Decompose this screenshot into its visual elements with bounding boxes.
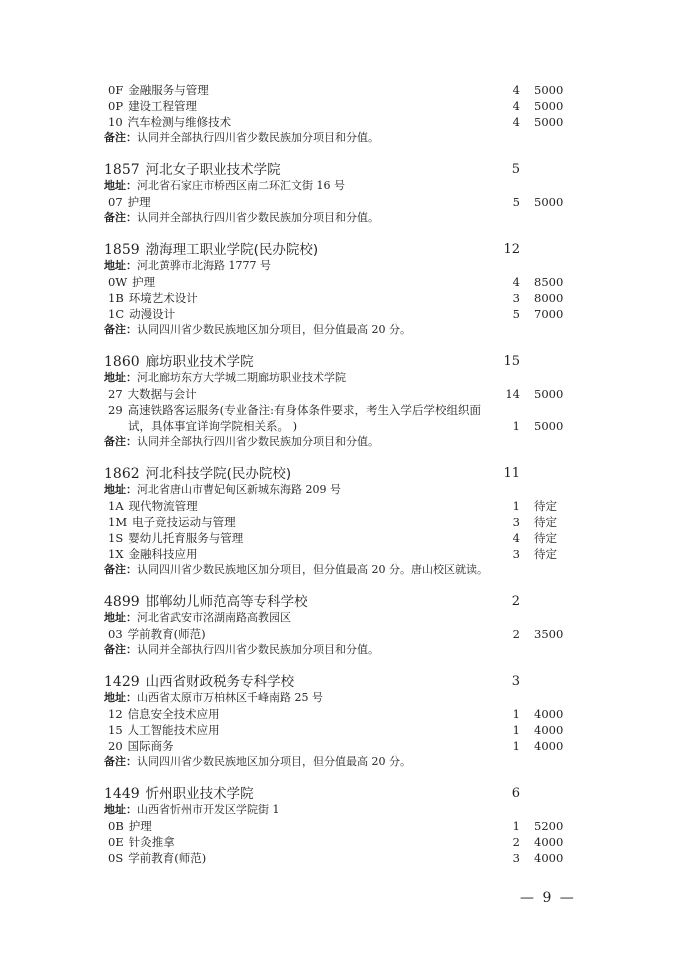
major-code: 15: [108, 722, 123, 738]
school-count: 12: [490, 240, 520, 260]
major-count: 4: [490, 530, 520, 546]
major-count: 2: [490, 626, 520, 642]
school-note: 备注：认同并全部执行四川省少数民族加分项目和分值。: [104, 130, 584, 146]
major-code: 0B: [108, 818, 124, 834]
major-count: 1: [490, 738, 520, 754]
major-name: 高速铁路客运服务(专业备注:有身体条件要求，考生入学后学校组织面: [128, 403, 481, 417]
major-count: 1: [490, 498, 520, 514]
school-name: 河北女子职业技术学院: [146, 162, 281, 178]
major-row: 0E针灸推拿 24000: [104, 834, 574, 850]
school-name: 廊坊职业技术学院: [146, 354, 254, 370]
school-address: 地址：河北省武安市洺湖南路高教园区: [104, 610, 584, 626]
major-row: 0F金融服务与管理 45000: [104, 82, 574, 98]
major-count: 4: [490, 98, 520, 114]
major-code: 07: [108, 194, 123, 210]
major-fee: 5000: [534, 418, 563, 434]
major-row: 12信息安全技术应用 14000: [104, 706, 574, 722]
major-count: 1: [490, 706, 520, 722]
school-note: 备注：认同并全部执行四川省少数民族加分项目和分值。: [104, 210, 584, 226]
school-count: 3: [490, 672, 520, 692]
school-note: 备注：认同并全部执行四川省少数民族加分项目和分值。: [104, 642, 584, 658]
address-text: 河北黄骅市北海路 1777 号: [137, 259, 271, 272]
school-count: 6: [490, 784, 520, 804]
school-name: 邯郸幼儿师范高等专科学校: [146, 594, 308, 610]
school-title: 1862河北科技学院(民办院校) 11: [104, 464, 574, 484]
address-text: 山西省太原市万柏林区千峰南路 25 号: [137, 691, 323, 704]
school-address: 地址：山西省忻州市开发区学院街 1: [104, 802, 584, 818]
school-title: 1449忻州职业技术学院 6: [104, 784, 574, 804]
major-row-wrapped: 29高速铁路客运服务(专业备注:有身体条件要求，考生入学后学校组织面 试，具体事…: [104, 402, 574, 434]
note-label: 备注：: [104, 131, 137, 144]
note-label: 备注：: [104, 643, 137, 656]
major-name: 国际商务: [128, 739, 174, 753]
address-text: 河北省唐山市曹妃甸区新城东海路 209 号: [137, 483, 341, 496]
major-code: 0E: [108, 834, 124, 850]
major-name: 建设工程管理: [128, 99, 197, 113]
address-text: 山西省忻州市开发区学院街 1: [137, 803, 280, 816]
major-row: 27大数据与会计 145000: [104, 386, 574, 402]
school-note: 备注：认同四川省少数民族地区加分项目，但分值最高 20 分。: [104, 754, 584, 770]
major-name: 学前教育(师范): [128, 627, 206, 641]
address-text: 河北省石家庄市桥西区南二环汇文街 16 号: [137, 179, 345, 192]
major-row: 0W护理 48500: [104, 274, 574, 290]
school-name: 忻州职业技术学院: [146, 786, 254, 802]
major-code: 0W: [108, 274, 127, 290]
major-row: 1M电子竞技运动与管理 3待定: [104, 514, 574, 530]
major-row: 0P建设工程管理 45000: [104, 98, 574, 114]
address-text: 河北省武安市洺湖南路高教园区: [137, 611, 291, 624]
major-name: 护理: [128, 195, 151, 209]
major-count: 1: [490, 722, 520, 738]
major-count: 3: [490, 514, 520, 530]
major-code: 1S: [108, 530, 123, 546]
major-code: 0S: [108, 850, 123, 866]
major-row: 10汽车检测与维修技术 45000: [104, 114, 574, 130]
major-fee: 待定: [534, 498, 557, 514]
major-count: 4: [490, 114, 520, 130]
school-id: 1860: [104, 354, 140, 370]
address-label: 地址：: [104, 483, 137, 496]
address-text: 河北廊坊东方大学城二期廊坊职业技术学院: [137, 371, 346, 384]
major-fee: 3500: [534, 626, 563, 642]
major-name: 电子竞技运动与管理: [132, 515, 236, 529]
major-name: 环境艺术设计: [129, 291, 198, 305]
major-row: 1B环境艺术设计 38000: [104, 290, 574, 306]
major-fee: 5200: [534, 818, 563, 834]
major-name: 动漫设计: [129, 307, 175, 321]
major-code: 0F: [108, 82, 123, 98]
major-code: 29: [108, 402, 123, 418]
major-row: 15人工智能技术应用 14000: [104, 722, 574, 738]
school-note: 备注：认同四川省少数民族地区加分项目，但分值最高 20 分。唐山校区就读。: [104, 562, 584, 578]
school-title: 1860廊坊职业技术学院 15: [104, 352, 574, 372]
major-count: 4: [490, 274, 520, 290]
major-row: 0S学前教育(师范) 34000: [104, 850, 574, 866]
major-name: 护理: [129, 819, 152, 833]
address-label: 地址：: [104, 259, 137, 272]
address-label: 地址：: [104, 803, 137, 816]
school-note: 备注：认同并全部执行四川省少数民族加分项目和分值。: [104, 434, 584, 450]
major-count: 4: [490, 82, 520, 98]
major-fee: 4000: [534, 738, 563, 754]
major-row: 20国际商务 14000: [104, 738, 574, 754]
major-code: 1X: [108, 546, 124, 562]
school-note: 备注：认同四川省少数民族地区加分项目，但分值最高 20 分。: [104, 322, 584, 338]
major-name: 汽车检测与维修技术: [128, 115, 232, 129]
school-title: 1429山西省财政税务专科学校 3: [104, 672, 574, 692]
school-id: 4899: [104, 594, 140, 610]
major-count: 14: [490, 386, 520, 402]
major-name: 婴幼儿托育服务与管理: [128, 531, 243, 545]
major-fee: 5000: [534, 114, 563, 130]
school-title: 1859渤海理工职业学院(民办院校) 12: [104, 240, 574, 260]
major-fee: 待定: [534, 514, 557, 530]
major-count: 5: [490, 306, 520, 322]
note-text: 认同四川省少数民族地区加分项目，但分值最高 20 分。: [137, 323, 411, 336]
note-label: 备注：: [104, 563, 137, 576]
school-count: 11: [490, 464, 520, 484]
major-code: 1B: [108, 290, 124, 306]
address-label: 地址：: [104, 691, 137, 704]
school-address: 地址：山西省太原市万柏林区千峰南路 25 号: [104, 690, 584, 706]
school-id: 1429: [104, 674, 140, 690]
major-code: 27: [108, 386, 123, 402]
school-id: 1857: [104, 162, 140, 178]
school-count: 15: [490, 352, 520, 372]
major-count: 3: [490, 850, 520, 866]
school-name: 渤海理工职业学院(民办院校): [146, 242, 319, 258]
major-fee: 待定: [534, 546, 557, 562]
school-count: 5: [490, 160, 520, 180]
address-label: 地址：: [104, 371, 137, 384]
note-label: 备注：: [104, 211, 137, 224]
major-fee: 5000: [534, 194, 563, 210]
major-fee: 5000: [534, 98, 563, 114]
major-name: 针灸推拿: [129, 835, 175, 849]
major-code: 10: [108, 114, 123, 130]
major-row: 1A现代物流管理 1待定: [104, 498, 574, 514]
major-name: 学前教育(师范): [128, 851, 206, 865]
school-id: 1859: [104, 242, 140, 258]
school-address: 地址：河北省唐山市曹妃甸区新城东海路 209 号: [104, 482, 584, 498]
major-row: 1C动漫设计 57000: [104, 306, 574, 322]
note-text: 认同并全部执行四川省少数民族加分项目和分值。: [137, 131, 379, 144]
major-name: 金融科技应用: [129, 547, 198, 561]
address-label: 地址：: [104, 611, 137, 624]
major-code: 1A: [108, 498, 124, 514]
school-name: 河北科技学院(民办院校): [146, 466, 292, 482]
major-code: 1M: [108, 514, 127, 530]
note-text: 认同并全部执行四川省少数民族加分项目和分值。: [137, 643, 379, 656]
note-label: 备注：: [104, 323, 137, 336]
major-count: 1: [490, 818, 520, 834]
major-fee: 8500: [534, 274, 563, 290]
major-fee: 5000: [534, 82, 563, 98]
school-id: 1449: [104, 786, 140, 802]
major-fee: 4000: [534, 834, 563, 850]
major-fee: 4000: [534, 850, 563, 866]
note-label: 备注：: [104, 755, 137, 768]
major-code: 0P: [108, 98, 123, 114]
note-text: 认同并全部执行四川省少数民族加分项目和分值。: [137, 435, 379, 448]
major-row: 1X金融科技应用 3待定: [104, 546, 574, 562]
major-name: 信息安全技术应用: [128, 707, 220, 721]
major-code: 12: [108, 706, 123, 722]
major-count: 1: [490, 418, 520, 434]
major-fee: 5000: [534, 386, 563, 402]
school-name: 山西省财政税务专科学校: [146, 674, 295, 690]
major-fee: 待定: [534, 530, 557, 546]
note-text: 认同并全部执行四川省少数民族加分项目和分值。: [137, 211, 379, 224]
major-code: 1C: [108, 306, 124, 322]
major-name: 金融服务与管理: [128, 83, 209, 97]
major-fee: 4000: [534, 722, 563, 738]
major-row: 03学前教育(师范) 23500: [104, 626, 574, 642]
major-code: 20: [108, 738, 123, 754]
major-fee: 8000: [534, 290, 563, 306]
major-count: 3: [490, 290, 520, 306]
school-id: 1862: [104, 466, 140, 482]
major-name-continued: 试，具体事宜详询学院相关系。 ): [128, 419, 297, 433]
page-number: — 9 —: [520, 890, 576, 906]
major-fee: 4000: [534, 706, 563, 722]
major-row: 0B护理 15200: [104, 818, 574, 834]
major-name: 人工智能技术应用: [128, 723, 220, 737]
major-name: 大数据与会计: [128, 387, 197, 401]
major-count: 3: [490, 546, 520, 562]
major-code: 03: [108, 626, 123, 642]
school-title: 4899邯郸幼儿师范高等专科学校 2: [104, 592, 574, 612]
major-row: 1S婴幼儿托育服务与管理 4待定: [104, 530, 574, 546]
major-fee: 7000: [534, 306, 563, 322]
school-address: 地址：河北廊坊东方大学城二期廊坊职业技术学院: [104, 370, 584, 386]
document-page: 0F金融服务与管理 45000 0P建设工程管理 45000 10汽车检测与维修…: [0, 0, 680, 961]
note-text: 认同四川省少数民族地区加分项目，但分值最高 20 分。: [137, 755, 411, 768]
major-count: 2: [490, 834, 520, 850]
school-address: 地址：河北省石家庄市桥西区南二环汇文街 16 号: [104, 178, 584, 194]
major-name: 护理: [132, 275, 155, 289]
school-address: 地址：河北黄骅市北海路 1777 号: [104, 258, 584, 274]
major-name: 现代物流管理: [129, 499, 198, 513]
major-row: 07护理 55000: [104, 194, 574, 210]
school-count: 2: [490, 592, 520, 612]
note-text: 认同四川省少数民族地区加分项目，但分值最高 20 分。唐山校区就读。: [137, 563, 488, 576]
note-label: 备注：: [104, 435, 137, 448]
address-label: 地址：: [104, 179, 137, 192]
major-count: 5: [490, 194, 520, 210]
school-title: 1857河北女子职业技术学院 5: [104, 160, 574, 180]
